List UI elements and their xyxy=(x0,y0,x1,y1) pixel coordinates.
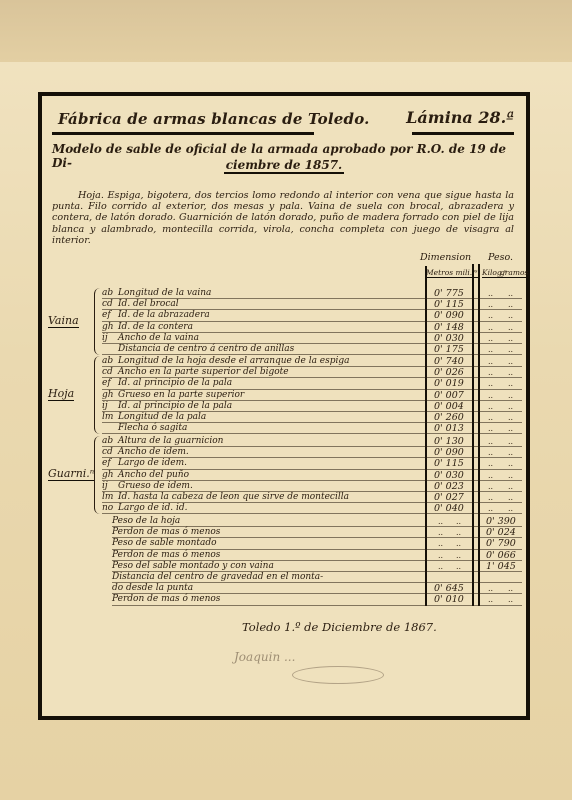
kilog-value: .. xyxy=(488,310,493,321)
dimension-value: 0' 019 xyxy=(434,378,464,389)
row-description: Ancho del puño xyxy=(118,470,189,480)
dimension-value: 0' 175 xyxy=(434,344,464,355)
row-description: Id. de la contera xyxy=(118,322,193,332)
dimension-value: 0' 130 xyxy=(434,436,464,447)
gramos-value: .. xyxy=(508,333,513,344)
dimension-value: 0' 030 xyxy=(434,470,464,481)
subtitle-line-2: ciembre de 1857. xyxy=(42,158,526,172)
gramos-value: .. xyxy=(508,583,513,594)
kilog-value: .. xyxy=(488,423,493,434)
kilog-value: .. xyxy=(488,481,493,492)
kilog-value: .. xyxy=(488,322,493,333)
dimension-value: 0' 645 xyxy=(434,583,464,594)
kilog-value: .. xyxy=(488,447,493,458)
row-description: Longitud de la pala xyxy=(118,412,206,422)
kilog-value: .. xyxy=(488,458,493,469)
row-description: Id. de la abrazadera xyxy=(118,310,210,320)
column-divider-left xyxy=(425,266,427,606)
gramos-value: .. xyxy=(508,310,513,321)
row-description: Ancho de idem. xyxy=(118,447,189,457)
gramos-value: .. xyxy=(508,423,513,434)
dimension-placeholder: .. xyxy=(438,527,443,538)
weight-header: Peso. xyxy=(488,252,513,263)
description-paragraph: Hoja. Espiga, bigotera, dos tercios lomo… xyxy=(52,190,514,246)
dimension-placeholder: .. xyxy=(456,561,461,572)
kilog-value: .. xyxy=(488,492,493,503)
group-brace xyxy=(94,288,101,355)
weight-value: 0' 790 xyxy=(486,538,516,549)
dimension-value: 0' 007 xyxy=(434,390,464,401)
dimension-value: 0' 027 xyxy=(434,492,464,503)
kilog-value: .. xyxy=(488,412,493,423)
group-label-1: Hoja xyxy=(48,387,74,400)
kilog-value: .. xyxy=(488,401,493,412)
metros-mili-header: Metros mili.ᵒˢ xyxy=(426,268,478,278)
kilog-value: .. xyxy=(488,436,493,447)
row-description: Altura de la guarnicion xyxy=(118,436,223,446)
group-label-text: Guarni.ⁿ xyxy=(48,467,94,481)
kilog-value: .. xyxy=(488,356,493,367)
dimension-value: 0' 010 xyxy=(434,594,464,605)
gramos-value: .. xyxy=(508,356,513,367)
signature: Joaquin ... xyxy=(234,650,295,664)
group-label-text: Hoja xyxy=(48,387,74,401)
gramos-header: gramos xyxy=(500,268,528,278)
kilog-value: .. xyxy=(488,378,493,389)
row-description: Longitud de la vaina xyxy=(118,288,211,298)
gramos-value: .. xyxy=(508,299,513,310)
dimension-value: 0' 023 xyxy=(434,481,464,492)
row-description: Id. al principio de la pala xyxy=(118,378,232,388)
dimension-value: 0' 030 xyxy=(434,333,464,344)
kilog-value: .. xyxy=(488,470,493,481)
document-frame: Fábrica de armas blancas de Toledo. Lámi… xyxy=(38,92,530,720)
dimension-placeholder: .. xyxy=(438,538,443,549)
kilog-value: .. xyxy=(488,503,493,514)
gramos-value: .. xyxy=(508,390,513,401)
gramos-value: .. xyxy=(508,458,513,469)
gramos-value: .. xyxy=(508,367,513,378)
row-description: Grueso de idem. xyxy=(118,481,193,491)
row-description: Id. al principio de la pala xyxy=(118,401,232,411)
row-description: Id. del brocal xyxy=(118,299,179,309)
gramos-value: .. xyxy=(508,378,513,389)
row-description: Id. hasta la cabeza de leon que sirve de… xyxy=(118,492,349,502)
gramos-value: .. xyxy=(508,288,513,299)
group-brace xyxy=(94,356,101,434)
row-description: Ancho de la vaina xyxy=(118,333,199,343)
dimension-placeholder: .. xyxy=(456,527,461,538)
group-label-text: Vaina xyxy=(48,314,79,328)
dimension-value: 0' 004 xyxy=(434,401,464,412)
gramos-value: .. xyxy=(508,594,513,605)
weight-value: 0' 024 xyxy=(486,527,516,538)
dimension-value: 0' 775 xyxy=(434,288,464,299)
dimension-placeholder: .. xyxy=(456,538,461,549)
gramos-value: .. xyxy=(508,492,513,503)
gramos-value: .. xyxy=(508,470,513,481)
column-divider-mid xyxy=(472,264,474,606)
kilog-value: .. xyxy=(488,367,493,378)
gramos-value: .. xyxy=(508,447,513,458)
row-description: Grueso en la parte superior xyxy=(118,390,244,400)
place-date: Toledo 1.º de Diciembre de 1867. xyxy=(242,620,437,634)
gramos-value: .. xyxy=(508,503,513,514)
dimension-value: 0' 090 xyxy=(434,447,464,458)
plate-underline xyxy=(412,132,514,135)
subtitle-line-2-text: ciembre de 1857. xyxy=(224,158,345,174)
kilog-value: .. xyxy=(488,390,493,401)
backing-board xyxy=(0,0,572,63)
group-label-2: Guarni.ⁿ xyxy=(48,467,94,480)
signature-flourish xyxy=(292,666,384,684)
row-description: Distancia de centro á centro de anillas xyxy=(118,344,294,354)
weight-value: 0' 390 xyxy=(486,516,516,527)
dimension-value: 0' 026 xyxy=(434,367,464,378)
dimension-value: 0' 090 xyxy=(434,310,464,321)
dimension-value: 0' 013 xyxy=(434,423,464,434)
row-description: Flecha ó sagita xyxy=(118,423,187,433)
dimension-placeholder: .. xyxy=(456,550,461,561)
kilog-value: .. xyxy=(488,299,493,310)
gramos-value: .. xyxy=(508,481,513,492)
row-description: Ancho en la parte superior del bigote xyxy=(118,367,289,377)
row-description: Largo de idem. xyxy=(118,458,187,468)
column-divider-mid-2 xyxy=(478,264,480,606)
dimension-value: 0' 740 xyxy=(434,356,464,367)
dimension-value: 0' 040 xyxy=(434,503,464,514)
dimension-placeholder: .. xyxy=(456,516,461,527)
dimension-value: 0' 260 xyxy=(434,412,464,423)
weight-value: 1' 045 xyxy=(486,561,516,572)
dimension-placeholder: .. xyxy=(438,561,443,572)
gramos-value: .. xyxy=(508,436,513,447)
kilog-value: .. xyxy=(488,333,493,344)
gramos-value: .. xyxy=(508,322,513,333)
dimension-placeholder: .. xyxy=(438,550,443,561)
kilog-value: .. xyxy=(488,583,493,594)
weight-value: 0' 066 xyxy=(486,550,516,561)
gramos-value: .. xyxy=(508,344,513,355)
group-brace xyxy=(94,436,101,514)
dimension-value: 0' 148 xyxy=(434,322,464,333)
row-description: Largo de id. id. xyxy=(118,503,188,513)
kilog-value: .. xyxy=(488,594,493,605)
plate-number: Lámina 28.ª xyxy=(406,108,514,127)
row-description: Longitud de la hoja desde el arranque de… xyxy=(118,356,350,366)
dimension-value: 0' 115 xyxy=(434,458,464,469)
dimension-placeholder: .. xyxy=(438,516,443,527)
kilog-value: .. xyxy=(488,344,493,355)
dimension-value: 0' 115 xyxy=(434,299,464,310)
gramos-value: .. xyxy=(508,412,513,423)
document-title: Fábrica de armas blancas de Toledo. xyxy=(58,110,370,128)
kilog-value: .. xyxy=(488,288,493,299)
title-underline xyxy=(52,132,314,135)
group-label-0: Vaina xyxy=(48,314,79,327)
gramos-value: .. xyxy=(508,401,513,412)
dimension-header: Dimension xyxy=(420,252,471,263)
